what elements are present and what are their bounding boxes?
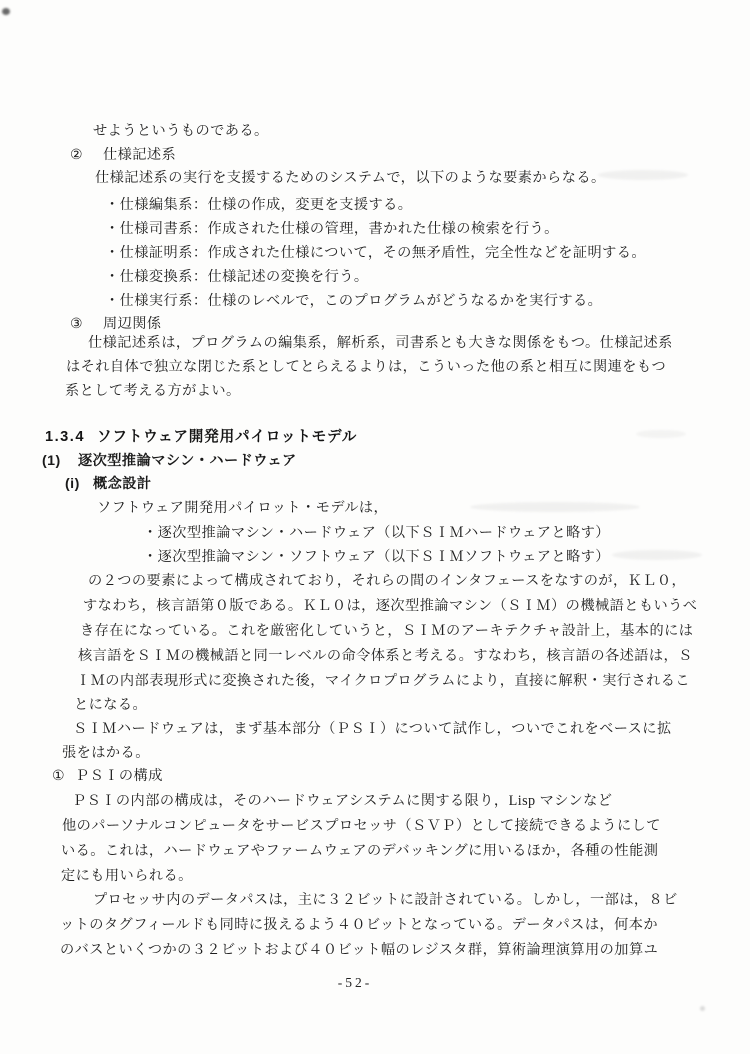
text-line: すなわち，核言語第０版である。ＫＬ０は，逐次型推論マシン（ＳＩＭ）の機械語ともい… — [83, 596, 697, 616]
text-line: ・仕様変換系：仕様記述の変換を行う。 — [105, 267, 368, 287]
scan-speck — [700, 1006, 705, 1011]
text-line: ・仕様実行系：仕様のレベルで，このプログラムがどうなるかを実行する。 — [105, 291, 602, 311]
text-line: ットのタグフィールドも同時に扱えるよう４０ビットとなっている。データパスは，何本… — [60, 915, 658, 935]
line-text: 周辺関係 — [103, 316, 162, 332]
text-line: いる。これは，ハードウェアやファームウェアのデバッキングに用いるほか，各種の性能… — [61, 841, 658, 861]
text-line: 張をはかる。 — [62, 743, 150, 763]
text-line: 仕様記述系は，プログラムの編集系，解析系，司書系とも大きな関係をもつ。仕様記述系 — [88, 333, 673, 353]
list-marker: 1.3.4 — [45, 427, 97, 447]
scan-speck — [2, 8, 10, 15]
page-number: -52- — [280, 975, 430, 991]
subsection-heading: (i)概念設計 — [65, 474, 152, 494]
text-line: 系として考える方がよい。 — [65, 381, 241, 401]
list-item: ②仕様記述系 — [70, 145, 176, 165]
list-marker: ③ — [70, 314, 103, 334]
text-line: のバスといくつかの３２ビットおよび４０ビット幅のレジスタ群，算術論理演算用の加算… — [60, 940, 658, 960]
text-line: 核言語をＳＩＭの機械語と同一レベルの命令体系と考える。すなわち，核言語の各述語は… — [78, 646, 693, 666]
text-line: ・逐次型推論マシン・ソフトウェア（以下ＳＩＭソフトウェアと略す） — [143, 547, 610, 567]
line-text: ＰＳＩの構成 — [75, 768, 163, 784]
scan-speck — [612, 550, 702, 560]
line-text: ソフトウェア開発用パイロットモデル — [97, 429, 357, 445]
line-text: 逐次型推論マシン・ハードウェア — [78, 453, 297, 469]
text-line: ・仕様証明系：作成された仕様について，その無矛盾性，完全性などを証明する。 — [105, 243, 646, 263]
subsection-heading: (1)逐次型推論マシン・ハードウェア — [42, 451, 297, 471]
list-marker: (1) — [42, 451, 78, 471]
text-line: 定にも用いられる。 — [61, 866, 193, 886]
text-line: 他のパーソナルコンピュータをサービスプロセッサ（ＳＶＰ）として接続できるようにし… — [62, 816, 661, 836]
scan-speck — [470, 502, 640, 512]
text-line: ＩＭの内部表現形式に変換された後，マイクロプログラムにより，直接に解釈・実行され… — [76, 671, 690, 691]
text-line: とになる。 — [74, 695, 147, 715]
text-line: 仕様記述系の実行を支援するためのシステムで，以下のような要素からなる。 — [95, 168, 606, 188]
section-heading: 1.3.4ソフトウェア開発用パイロットモデル — [45, 427, 357, 447]
text-line: ＰＳＩの内部の構成は，そのハードウェアシステムに関する限り，Lisp マシンなど — [72, 791, 612, 811]
document-page: せようというものである。②仕様記述系仕様記述系の実行を支援するためのシステムで，… — [0, 0, 750, 1054]
list-marker: (i) — [65, 474, 93, 494]
text-line: ソフトウェア開発用パイロット・モデルは， — [97, 498, 388, 518]
scan-speck — [636, 430, 686, 438]
text-line: ＳＩＭハードウェアは，まず基本部分（ＰＳＩ）について試作し，ついでこれをベースに… — [73, 719, 672, 739]
list-marker: ② — [70, 145, 103, 165]
text-line: ・逐次型推論マシン・ハードウェア（以下ＳＩＭハードウェアと略す） — [143, 523, 610, 543]
text-line: ・仕様編集系：仕様の作成，変更を支援する。 — [105, 195, 412, 215]
text-line: き存在になっている。これを厳密化していうと，ＳＩＭのアーキテクチャ設計上，基本的… — [80, 621, 693, 641]
text-line: はそれ自体で独立な閉じた系としてとらえるよりは，こういった他の系と相互に関連をも… — [66, 357, 666, 377]
scan-speck — [598, 170, 688, 180]
line-text: 概念設計 — [93, 476, 152, 492]
text-line: プロセッサ内のデータパスは，主に３２ビットに設計されている。しかし，一部は，８ビ — [93, 890, 678, 910]
text-line: の２つの要素によって構成されており，それらの間のインタフェースをなすのが，ＫＬ０… — [88, 571, 686, 591]
list-item: ①ＰＳＩの構成 — [52, 766, 163, 786]
line-text: 仕様記述系 — [103, 147, 176, 163]
text-line: ・仕様司書系：作成された仕様の管理，書かれた仕様の検索を行う。 — [105, 219, 559, 239]
text-line: せようというものである。 — [93, 121, 269, 141]
list-item: ③周辺関係 — [70, 314, 162, 334]
list-marker: ① — [52, 766, 75, 786]
